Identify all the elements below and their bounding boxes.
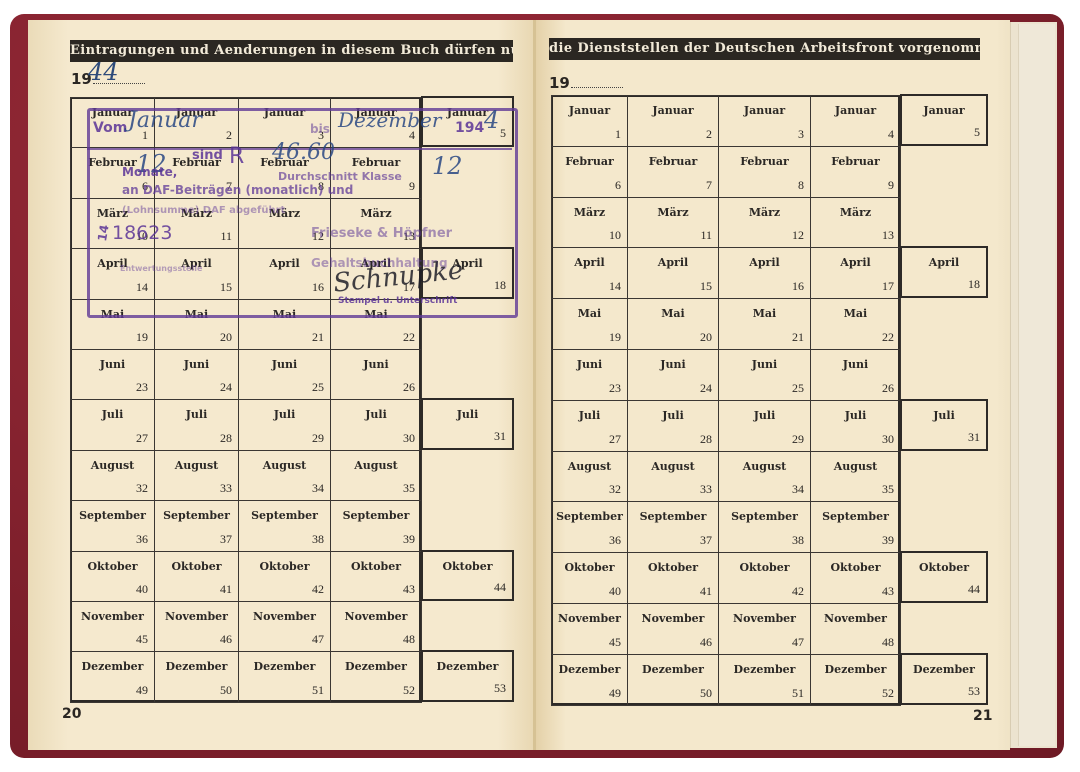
- week-cell-number: 25: [312, 380, 324, 395]
- week-cell-month: Juni: [71, 358, 154, 371]
- week-cell: September38: [718, 501, 811, 553]
- week-cell: Mai19: [70, 299, 155, 350]
- left-banner: Eintragungen und Aenderungen in diesem B…: [70, 40, 513, 62]
- week-cell-month: Oktober: [902, 561, 986, 574]
- week-cell-month: Dezember: [902, 663, 986, 676]
- week-cell: November48: [330, 601, 422, 652]
- week-cell-month: Dezember: [628, 663, 718, 676]
- week-cell-number: 46: [700, 635, 712, 650]
- week-cell-month: Februar: [331, 156, 421, 169]
- week-cell: Juni26: [330, 349, 422, 400]
- left-year-field: 19 44: [71, 70, 145, 88]
- week-cell-number: 9: [888, 178, 894, 193]
- stamp-sind: sind: [192, 148, 223, 163]
- week-cell: März11: [627, 197, 719, 249]
- year-handwritten: 44: [88, 58, 119, 86]
- week-cell-month: August: [239, 459, 330, 472]
- week-cell-number: 8: [798, 178, 804, 193]
- week-cell: Mai19: [551, 298, 628, 350]
- week-cell: März10: [551, 197, 628, 249]
- week-cell: Juni24: [154, 349, 239, 400]
- week-cell: März13: [330, 198, 422, 249]
- stamp-vom: Vom: [93, 120, 127, 136]
- week-cell-month: Mai: [552, 307, 627, 320]
- week-cell-month: September: [155, 509, 238, 522]
- week-cell: Juli30: [810, 400, 901, 452]
- week-cell-number: 24: [700, 381, 712, 396]
- week-cell: Februar7: [627, 146, 719, 198]
- week-cell: November45: [70, 601, 155, 652]
- week-cell-number: 32: [136, 481, 148, 496]
- week-cell: August35: [330, 450, 422, 501]
- week-cell-month: Januar: [552, 104, 627, 117]
- week-cell-number: 28: [220, 431, 232, 446]
- week-cell-number: 53: [494, 681, 506, 696]
- week-cell-number: 44: [968, 582, 980, 597]
- week-cell-number: 33: [700, 482, 712, 497]
- week-cell-month: November: [71, 610, 154, 623]
- week-cell-number: 29: [792, 432, 804, 447]
- week-cell-month: Dezember: [719, 663, 810, 676]
- week-cell-number: 12: [792, 228, 804, 243]
- week-cell: Januar2: [627, 95, 719, 147]
- stamp-entwertungsstelle: Entwertungsstelle: [120, 264, 202, 273]
- week-cell-month: September: [719, 510, 810, 523]
- week-cell-month: April: [811, 256, 900, 269]
- week-cell-number: 52: [882, 686, 894, 701]
- year-dotted-line: [571, 77, 623, 88]
- week-cell-month: Juni: [719, 358, 810, 371]
- week-cell-month: März: [719, 206, 810, 219]
- week-cell-number: 25: [792, 381, 804, 396]
- week-cell-month: August: [331, 459, 421, 472]
- week-cell-month: Oktober: [71, 560, 154, 573]
- week-cell-month: Februar: [628, 155, 718, 168]
- week-cell: Dezember53: [900, 653, 988, 705]
- week-cell-month: März: [331, 207, 421, 220]
- week-cell: Oktober41: [154, 551, 239, 602]
- week-cell-month: März: [628, 206, 718, 219]
- week-cell: Juni26: [810, 349, 901, 401]
- week-cell-month: Oktober: [719, 561, 810, 574]
- week-cell: Dezember52: [330, 651, 422, 702]
- week-cell-month: Januar: [719, 104, 810, 117]
- week-cell: August32: [551, 451, 628, 503]
- week-cell: April15: [627, 247, 719, 299]
- stamp-to-month: Dezember: [338, 108, 441, 132]
- week-cell: Juli30: [330, 399, 422, 450]
- year-prefix: 19: [549, 74, 570, 92]
- week-cell: Juni25: [238, 349, 331, 400]
- week-cell-number: 26: [882, 381, 894, 396]
- week-cell-number: 43: [882, 584, 894, 599]
- week-cell-month: September: [628, 510, 718, 523]
- week-cell-number: 33: [220, 481, 232, 496]
- week-cell: September37: [627, 501, 719, 553]
- week-cell-month: Juni: [811, 358, 900, 371]
- week-cell: September36: [551, 501, 628, 553]
- week-cell-number: 50: [700, 686, 712, 701]
- week-cell: Dezember50: [627, 654, 719, 706]
- week-cell-month: Juni: [155, 358, 238, 371]
- week-cell-number: 47: [792, 635, 804, 650]
- week-cell-number: 32: [609, 482, 621, 497]
- week-cell-month: August: [155, 459, 238, 472]
- week-cell: August32: [70, 450, 155, 501]
- week-cell-month: September: [552, 510, 627, 523]
- week-cell-month: Dezember: [331, 660, 421, 673]
- week-cell-month: September: [71, 509, 154, 522]
- week-cell-number: 22: [403, 330, 415, 345]
- week-cell-month: November: [628, 612, 718, 625]
- week-cell: August35: [810, 451, 901, 503]
- week-cell: September39: [810, 501, 901, 553]
- week-cell-number: 3: [798, 127, 804, 142]
- stamp-from-month: Januar: [128, 108, 202, 133]
- week-cell: Mai22: [810, 298, 901, 350]
- week-cell-number: 16: [312, 280, 324, 295]
- week-cell-number: 51: [312, 683, 324, 698]
- week-cell-number: 53: [968, 684, 980, 699]
- week-cell-month: Mai: [71, 308, 154, 321]
- week-cell-number: 20: [700, 330, 712, 345]
- right-banner: die Dienststellen der Deutschen Arbeitsf…: [549, 38, 980, 60]
- week-cell-number: 13: [882, 228, 894, 243]
- week-cell-month: September: [331, 509, 421, 522]
- week-cell: November47: [718, 603, 811, 655]
- week-cell-number: 1: [615, 127, 621, 142]
- page-edges-right-inner: [1018, 24, 1055, 746]
- week-cell-number: 11: [700, 228, 712, 243]
- week-cell-number: 26: [403, 380, 415, 395]
- week-cell-number: 36: [136, 532, 148, 547]
- week-cell: März12: [718, 197, 811, 249]
- week-cell-number: 42: [792, 584, 804, 599]
- week-cell-number: 43: [403, 582, 415, 597]
- week-cell-month: Oktober: [331, 560, 421, 573]
- week-cell: November47: [238, 601, 331, 652]
- week-cell: Oktober42: [238, 551, 331, 602]
- week-cell-number: 30: [882, 432, 894, 447]
- week-cell: Januar5: [900, 94, 988, 146]
- week-cell-number: 50: [220, 683, 232, 698]
- week-cell: Oktober43: [330, 551, 422, 602]
- week-cell-month: Dezember: [552, 663, 627, 676]
- week-cell: August34: [238, 450, 331, 501]
- week-cell-month: August: [71, 459, 154, 472]
- week-cell-month: Dezember: [811, 663, 900, 676]
- week-cell: Mai20: [627, 298, 719, 350]
- week-cell: November45: [551, 603, 628, 655]
- week-cell: Februar8: [718, 146, 811, 198]
- week-cell-number: 39: [403, 532, 415, 547]
- week-cell: Mai21: [238, 299, 331, 350]
- week-cell-month: Januar: [902, 104, 986, 117]
- week-cell-month: November: [155, 610, 238, 623]
- stamp-monate: Monate,: [122, 165, 177, 179]
- week-cell-month: Dezember: [71, 660, 154, 673]
- week-cell-number: 48: [882, 635, 894, 650]
- week-cell-month: März: [811, 206, 900, 219]
- week-cell: April18: [900, 246, 988, 298]
- week-cell-number: 15: [700, 279, 712, 294]
- week-cell-number: 37: [700, 533, 712, 548]
- week-cell-number: 38: [792, 533, 804, 548]
- week-cell: September38: [238, 500, 331, 551]
- week-cell: Januar1: [551, 95, 628, 147]
- week-cell: Juli29: [238, 399, 331, 450]
- week-cell: September37: [154, 500, 239, 551]
- week-cell-month: Oktober: [155, 560, 238, 573]
- week-cell-number: 42: [312, 582, 324, 597]
- week-cell-month: Juli: [239, 408, 330, 421]
- stamp-rm: R: [229, 144, 244, 169]
- stamp-amount: 46.60: [272, 140, 335, 165]
- stamp-line4: (Lohnsumme) DAF abgeführt: [122, 205, 285, 216]
- week-cell-number: 20: [220, 330, 232, 345]
- week-cell-number: 18: [968, 277, 980, 292]
- week-cell-number: 47: [312, 632, 324, 647]
- stamp-small-number: 14: [95, 224, 112, 243]
- week-cell: Juli31: [900, 399, 988, 451]
- week-cell-month: Februar: [719, 155, 810, 168]
- week-cell-month: Dezember: [423, 660, 512, 673]
- week-cell-month: Januar: [239, 106, 330, 119]
- week-cell-month: Dezember: [155, 660, 238, 673]
- right-page-number: 21: [973, 708, 992, 724]
- week-cell-number: 5: [500, 126, 506, 141]
- week-cell-number: 45: [609, 635, 621, 650]
- week-cell-month: Mai: [628, 307, 718, 320]
- week-cell: Juli29: [718, 400, 811, 452]
- week-cell: April14: [70, 248, 155, 299]
- week-cell-month: Oktober: [811, 561, 900, 574]
- week-cell-month: Juni: [552, 358, 627, 371]
- week-cell-month: Mai: [239, 308, 330, 321]
- week-cell-number: 23: [609, 381, 621, 396]
- week-cell-number: 28: [700, 432, 712, 447]
- week-cell-month: Mai: [811, 307, 900, 320]
- week-cell-month: Oktober: [239, 560, 330, 573]
- week-cell: November46: [154, 601, 239, 652]
- week-cell: April16: [718, 247, 811, 299]
- week-cell: Oktober42: [718, 552, 811, 604]
- week-cell: Oktober40: [551, 552, 628, 604]
- week-cell-number: 36: [609, 533, 621, 548]
- week-cell-month: Oktober: [628, 561, 718, 574]
- week-cell: Oktober40: [70, 551, 155, 602]
- week-cell-month: Juni: [239, 358, 330, 371]
- week-cell-number: 49: [136, 683, 148, 698]
- week-cell: Januar4: [810, 95, 901, 147]
- week-cell: August33: [154, 450, 239, 501]
- week-cell-month: Oktober: [423, 560, 512, 573]
- week-cell-number: 44: [494, 580, 506, 595]
- week-cell: September36: [70, 500, 155, 551]
- week-cell: Februar6: [551, 146, 628, 198]
- week-cell-month: November: [552, 612, 627, 625]
- week-cell-number: 24: [220, 380, 232, 395]
- week-cell: Juni23: [551, 349, 628, 401]
- week-cell-number: 34: [792, 482, 804, 497]
- stamp-line3: an DAF-Beiträgen (monatlich) und: [122, 183, 353, 197]
- week-cell: Dezember52: [810, 654, 901, 706]
- week-cell: Februar9: [810, 146, 901, 198]
- week-cell-month: November: [811, 612, 900, 625]
- week-cell-month: August: [552, 460, 627, 473]
- week-cell: Dezember51: [238, 651, 331, 702]
- week-cell: Oktober43: [810, 552, 901, 604]
- week-cell-number: 48: [403, 632, 415, 647]
- week-cell-month: März: [552, 206, 627, 219]
- week-cell: Mai21: [718, 298, 811, 350]
- week-cell-month: Februar: [811, 155, 900, 168]
- week-cell-number: 45: [136, 632, 148, 647]
- week-cell-month: Januar: [811, 104, 900, 117]
- week-cell: Juli27: [70, 399, 155, 450]
- week-cell-month: Mai: [331, 308, 421, 321]
- week-cell-number: 2: [706, 127, 712, 142]
- week-cell-number: 21: [792, 330, 804, 345]
- week-cell-number: 38: [312, 532, 324, 547]
- week-cell-month: September: [811, 510, 900, 523]
- stamp-company: Frieseke & Höpfner: [311, 226, 452, 241]
- week-cell-number: 49: [609, 686, 621, 701]
- week-cell: Mai22: [330, 299, 422, 350]
- week-cell-month: August: [811, 460, 900, 473]
- week-cell-number: 52: [403, 683, 415, 698]
- week-cell-month: Dezember: [239, 660, 330, 673]
- week-cell-number: 34: [312, 481, 324, 496]
- week-cell-month: Juni: [628, 358, 718, 371]
- week-cell-number: 10: [609, 228, 621, 243]
- week-cell-month: Oktober: [552, 561, 627, 574]
- week-cell: Juni23: [70, 349, 155, 400]
- week-cell: Dezember50: [154, 651, 239, 702]
- week-cell-number: 27: [136, 431, 148, 446]
- stamp-bis: bis: [310, 122, 330, 136]
- week-cell-number: 31: [968, 430, 980, 445]
- week-cell-month: Juli: [628, 409, 718, 422]
- week-cell-number: 22: [882, 330, 894, 345]
- week-cell-number: 14: [609, 279, 621, 294]
- week-cell-number: 41: [700, 584, 712, 599]
- week-cell-number: 19: [609, 330, 621, 345]
- week-cell-number: 6: [615, 178, 621, 193]
- week-cell-number: 41: [220, 582, 232, 597]
- week-cell-number: 39: [882, 533, 894, 548]
- week-cell-number: 35: [403, 481, 415, 496]
- week-cell-number: 14: [136, 280, 148, 295]
- week-cell: Juli27: [551, 400, 628, 452]
- week-cell: März13: [810, 197, 901, 249]
- week-cell-month: April: [719, 256, 810, 269]
- week-cell-month: Juli: [423, 408, 512, 421]
- week-cell: September39: [330, 500, 422, 551]
- week-cell-number: 16: [792, 279, 804, 294]
- week-cell-number: 17: [882, 279, 894, 294]
- week-cell-month: Juli: [552, 409, 627, 422]
- week-cell: Dezember53: [421, 650, 514, 701]
- week-cell: Juli31: [421, 398, 514, 449]
- week-cell-number: 7: [706, 178, 712, 193]
- week-cell: Juni25: [718, 349, 811, 401]
- week-cell-number: 5: [974, 125, 980, 140]
- week-cell-month: Juli: [719, 409, 810, 422]
- week-cell-number: 51: [792, 686, 804, 701]
- week-cell-number: 27: [609, 432, 621, 447]
- week-cell-month: Juli: [331, 408, 421, 421]
- week-cell-month: November: [331, 610, 421, 623]
- week-cell-month: September: [239, 509, 330, 522]
- left-page-number: 20: [62, 706, 81, 722]
- week-cell: August34: [718, 451, 811, 503]
- week-cell-month: Februar: [552, 155, 627, 168]
- week-cell-month: April: [552, 256, 627, 269]
- week-cell-number: 4: [888, 127, 894, 142]
- week-cell-number: 9: [409, 179, 415, 194]
- week-cell-month: August: [628, 460, 718, 473]
- week-cell-month: Juli: [155, 408, 238, 421]
- week-cell-number: 11: [220, 229, 232, 244]
- week-cell: Juli28: [154, 399, 239, 450]
- week-cell: August33: [627, 451, 719, 503]
- week-cell: November48: [810, 603, 901, 655]
- week-cell-number: 37: [220, 532, 232, 547]
- week-cell-number: 31: [494, 429, 506, 444]
- week-cell: Dezember49: [551, 654, 628, 706]
- week-cell-month: Juli: [902, 409, 986, 422]
- week-cell: April15: [154, 248, 239, 299]
- week-cell: Oktober41: [627, 552, 719, 604]
- week-cell-number: 2: [226, 128, 232, 143]
- week-cell-month: April: [628, 256, 718, 269]
- stamp-class: 12: [432, 152, 463, 180]
- week-cell-month: Juli: [811, 409, 900, 422]
- week-cell: April14: [551, 247, 628, 299]
- week-cell-number: 29: [312, 431, 324, 446]
- week-cell-month: November: [239, 610, 330, 623]
- week-cell: November46: [627, 603, 719, 655]
- week-cell: Oktober44: [900, 551, 988, 603]
- week-cell: April17: [810, 247, 901, 299]
- week-cell-month: Januar: [628, 104, 718, 117]
- week-cell-number: 23: [136, 380, 148, 395]
- stamp-year-hand: 4: [484, 106, 499, 134]
- stamp-footer: Stempel u. Unterschrift: [338, 296, 457, 306]
- week-cell-month: Mai: [719, 307, 810, 320]
- week-cell-month: August: [719, 460, 810, 473]
- week-cell-month: April: [902, 256, 986, 269]
- week-cell-number: 35: [882, 482, 894, 497]
- week-cell-month: Juli: [71, 408, 154, 421]
- week-cell-month: November: [719, 612, 810, 625]
- week-cell-number: 46: [220, 632, 232, 647]
- stamp-year: 194: [455, 120, 484, 136]
- week-cell: Dezember51: [718, 654, 811, 706]
- week-cell-number: 40: [136, 582, 148, 597]
- week-cell-month: Juni: [331, 358, 421, 371]
- week-cell: Mai20: [154, 299, 239, 350]
- week-cell-number: 30: [403, 431, 415, 446]
- week-cell-number: 18: [494, 278, 506, 293]
- week-cell-number: 40: [609, 584, 621, 599]
- week-cell: Dezember49: [70, 651, 155, 702]
- right-year-field: 19: [549, 74, 623, 92]
- week-cell-number: 21: [312, 330, 324, 345]
- week-cell-month: Mai: [155, 308, 238, 321]
- week-cell: Januar3: [718, 95, 811, 147]
